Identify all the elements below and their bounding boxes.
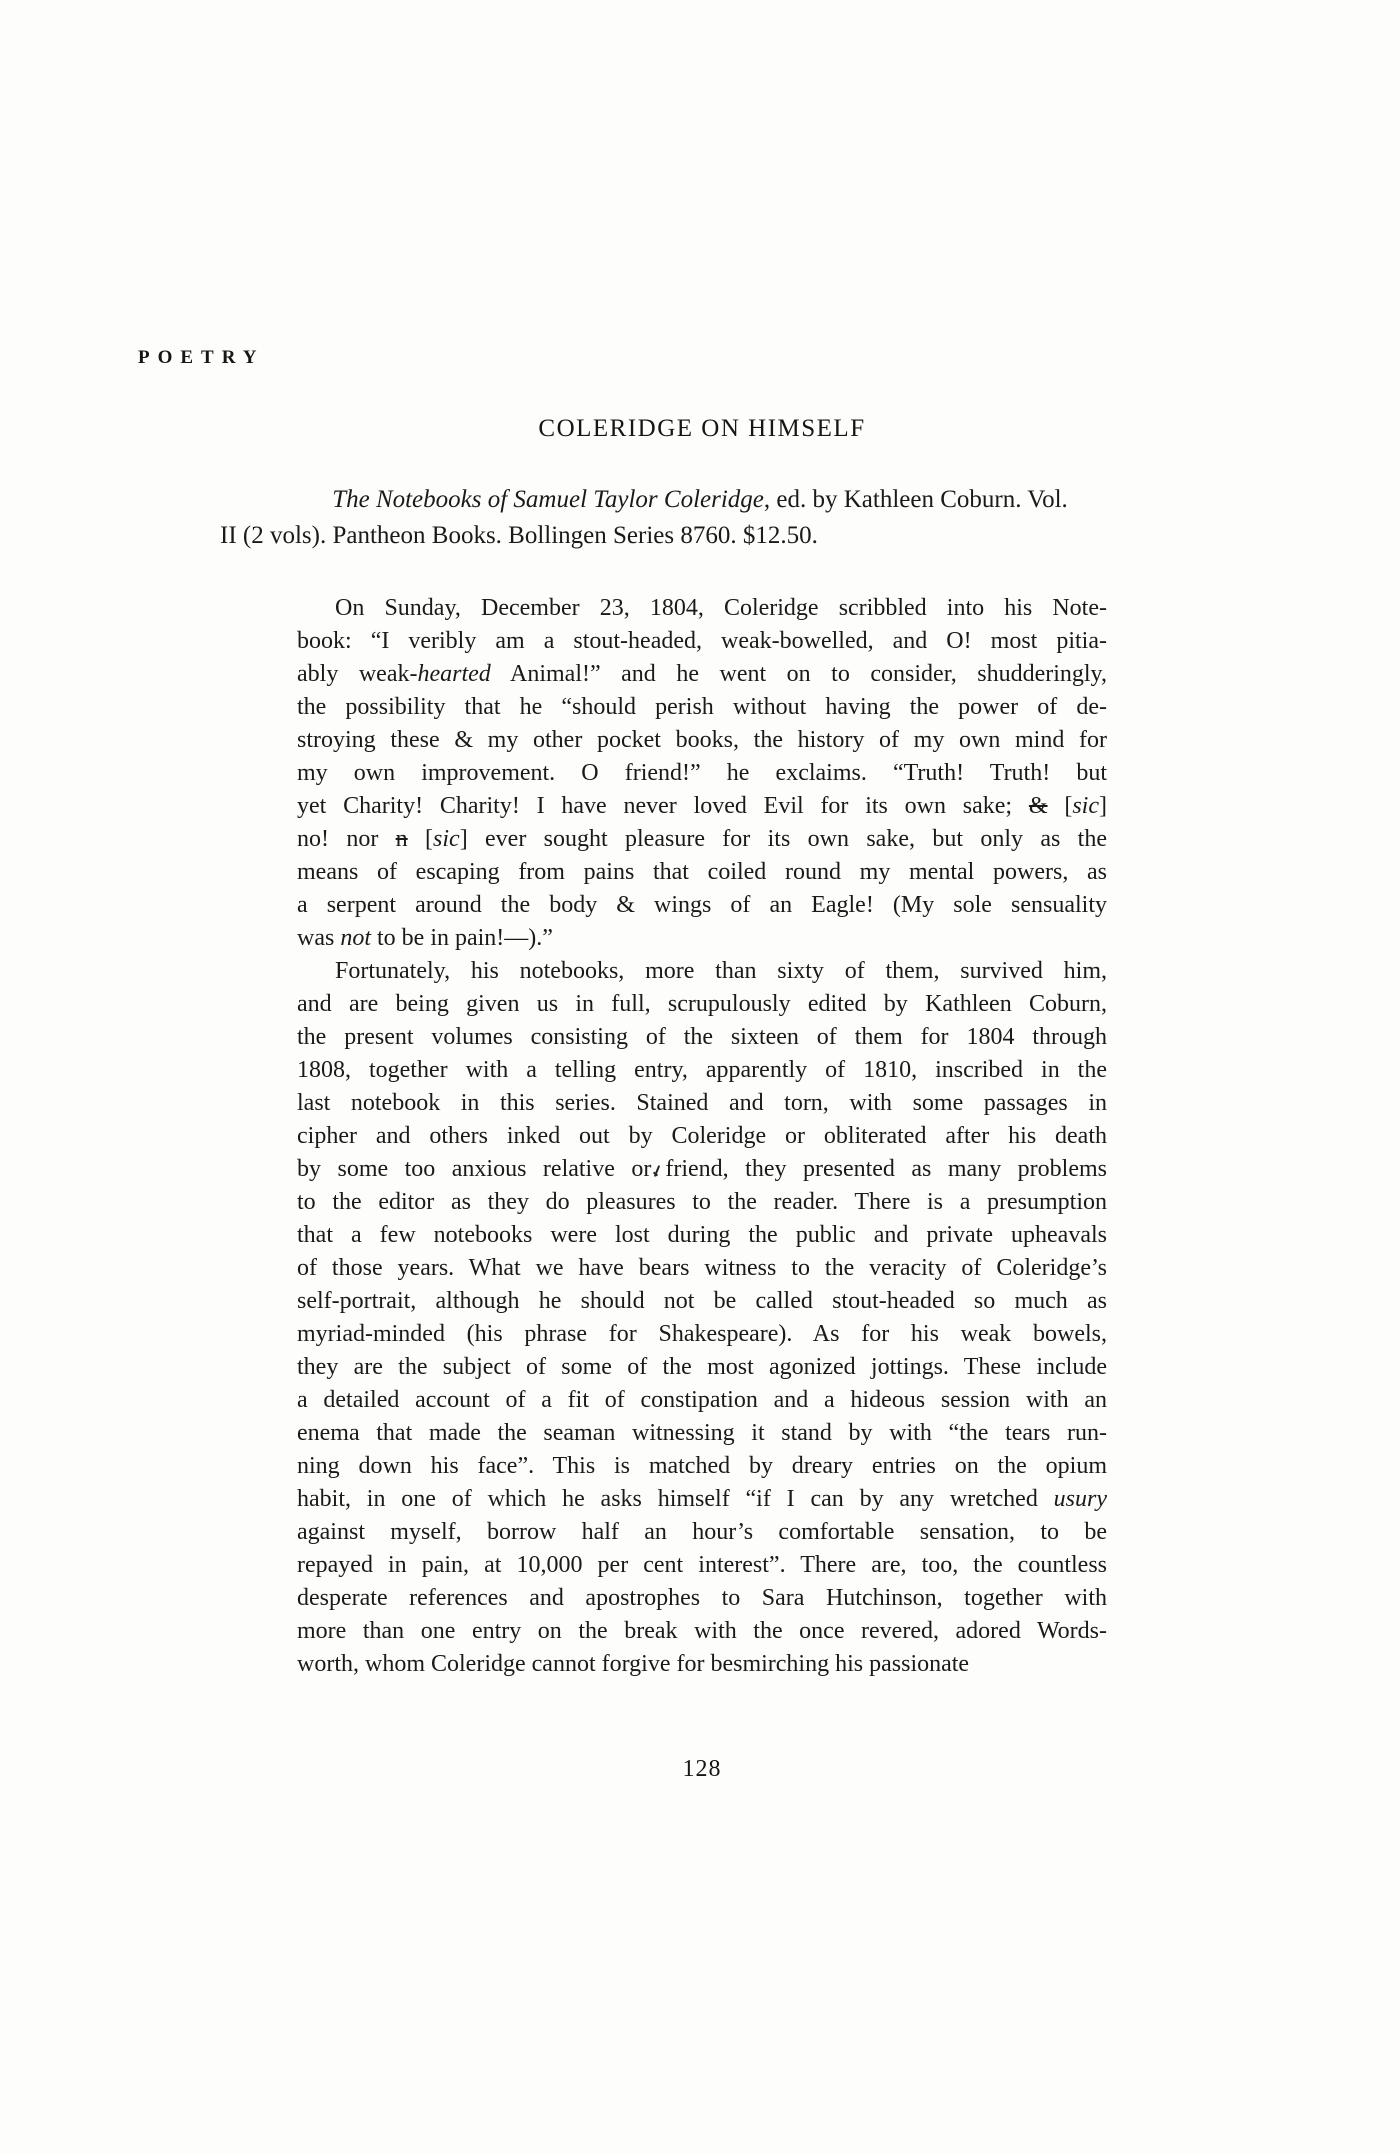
text-line: a serpent around the body & wings of an … bbox=[297, 889, 1107, 922]
text-segment: II (2 vols). Pantheon Books. Bollingen S… bbox=[220, 522, 818, 549]
text-line: 1808, together with a telling entry, app… bbox=[297, 1054, 1107, 1087]
text-line: stroying these & my other pocket books, … bbox=[297, 724, 1107, 757]
text-segment: means of escaping from pains that coiled… bbox=[297, 859, 1107, 885]
text-segment: was bbox=[297, 925, 340, 951]
citation-block: The Notebooks of Samuel Taylor Coleridge… bbox=[220, 482, 1180, 554]
text-line: of those years. What we have bears witne… bbox=[297, 1252, 1107, 1285]
text-line: Fortunately, his notebooks, more than si… bbox=[297, 955, 1107, 988]
text-line: cipher and others inked out by Coleridge… bbox=[297, 1120, 1107, 1153]
text-segment: stroying these & my other pocket books, … bbox=[297, 727, 1107, 753]
text-segment: ably weak- bbox=[297, 661, 417, 687]
text-line: the possibility that he “should perish w… bbox=[297, 691, 1107, 724]
text-segment: 1808, together with a telling entry, app… bbox=[297, 1057, 1107, 1083]
text-line: last notebook in this series. Stained an… bbox=[297, 1087, 1107, 1120]
text-segment: self-portrait, although he should not be… bbox=[297, 1288, 1107, 1314]
text-segment: to the editor as they do pleasures to th… bbox=[297, 1189, 1107, 1215]
text-line: that a few notebooks were lost during th… bbox=[297, 1219, 1107, 1252]
text-line: by some too anxious relative orfriend, t… bbox=[297, 1153, 1107, 1186]
text-line: enema that made the seaman witnessing it… bbox=[297, 1417, 1107, 1450]
text-line: means of escaping from pains that coiled… bbox=[297, 856, 1107, 889]
text-segment: sic bbox=[1072, 793, 1099, 819]
text-segment: sic bbox=[433, 826, 460, 852]
text-segment: friend, they presented as many problems bbox=[665, 1156, 1107, 1182]
article-title: COLERIDGE ON HIMSELF bbox=[297, 415, 1107, 443]
text-segment: habit, in one of which he asks himself “… bbox=[297, 1486, 1054, 1512]
text-segment: [ bbox=[408, 826, 433, 852]
text-segment: not bbox=[340, 925, 371, 951]
text-line: self-portrait, although he should not be… bbox=[297, 1285, 1107, 1318]
text-segment: yet Charity! Charity! I have never loved… bbox=[297, 793, 1029, 819]
text-line: was not to be in pain!—).” bbox=[297, 922, 1107, 955]
text-line: my own improvement. O friend!” he exclai… bbox=[297, 757, 1107, 790]
text-line: yet Charity! Charity! I have never loved… bbox=[297, 790, 1107, 823]
text-segment: Fortunately, his notebooks, more than si… bbox=[335, 958, 1107, 984]
text-segment: that a few notebooks were lost during th… bbox=[297, 1222, 1107, 1248]
text-line: repayed in pain, at 10,000 per cent inte… bbox=[297, 1549, 1107, 1582]
text-segment: book: “I veribly am a stout-headed, weak… bbox=[297, 628, 1107, 654]
text-segment: my own improvement. O friend!” he exclai… bbox=[297, 760, 1107, 786]
text-segment: and are being given us in full, scrupulo… bbox=[297, 991, 1107, 1017]
text-line: no! nor n [sic] ever sought pleasure for… bbox=[297, 823, 1107, 856]
text-segment: n bbox=[396, 826, 408, 852]
text-segment: no! nor bbox=[297, 826, 396, 852]
text-segment: against myself, borrow half an hour’s co… bbox=[297, 1519, 1107, 1545]
text-segment: a detailed account of a fit of constipat… bbox=[297, 1387, 1107, 1413]
text-segment: last notebook in this series. Stained an… bbox=[297, 1090, 1107, 1116]
text-line: ning down his face”. This is matched by … bbox=[297, 1450, 1107, 1483]
book-page: POETRY COLERIDGE ON HIMSELF The Notebook… bbox=[0, 0, 1400, 2154]
text-line: II (2 vols). Pantheon Books. Bollingen S… bbox=[220, 518, 1180, 554]
text-line: The Notebooks of Samuel Taylor Coleridge… bbox=[220, 482, 1180, 518]
text-line: desperate references and apostrophes to … bbox=[297, 1582, 1107, 1615]
text-segment: cipher and others inked out by Coleridge… bbox=[297, 1123, 1107, 1149]
text-line: ably weak-hearted Animal!” and he went o… bbox=[297, 658, 1107, 691]
text-segment: Animal!” and he went on to consider, shu… bbox=[491, 661, 1107, 687]
text-segment: The Notebooks of Samuel Taylor Coleridge bbox=[332, 486, 764, 513]
text-line: book: “I veribly am a stout-headed, weak… bbox=[297, 625, 1107, 658]
text-segment: desperate references and apostrophes to … bbox=[297, 1585, 1107, 1611]
text-segment: myriad-minded (his phrase for Shakespear… bbox=[297, 1321, 1107, 1347]
text-line: habit, in one of which he asks himself “… bbox=[297, 1483, 1107, 1516]
paragraph-1: On Sunday, December 23, 1804, Coleridge … bbox=[297, 592, 1107, 955]
text-segment: they are the subject of some of the most… bbox=[297, 1354, 1107, 1380]
text-line: a detailed account of a fit of constipat… bbox=[297, 1384, 1107, 1417]
text-segment: worth, whom Coleridge cannot forgive for… bbox=[297, 1651, 969, 1677]
text-line: On Sunday, December 23, 1804, Coleridge … bbox=[297, 592, 1107, 625]
text-segment: by some too anxious relative or bbox=[297, 1156, 651, 1182]
text-line: against myself, borrow half an hour’s co… bbox=[297, 1516, 1107, 1549]
text-segment: usury bbox=[1054, 1486, 1107, 1512]
text-segment: hearted bbox=[417, 661, 490, 687]
text-segment: the possibility that he “should perish w… bbox=[297, 694, 1107, 720]
text-line: to the editor as they do pleasures to th… bbox=[297, 1186, 1107, 1219]
text-segment: ] bbox=[1099, 793, 1107, 819]
text-segment: & bbox=[1029, 793, 1048, 819]
text-line: more than one entry on the break with th… bbox=[297, 1615, 1107, 1648]
text-segment: , ed. by Kathleen Coburn. Vol. bbox=[764, 486, 1068, 513]
text-segment: ] ever sought pleasure for its own sake,… bbox=[460, 826, 1107, 852]
text-segment: more than one entry on the break with th… bbox=[297, 1618, 1107, 1644]
text-segment: [ bbox=[1048, 793, 1073, 819]
page-number: 128 bbox=[297, 1756, 1107, 1783]
text-line: and are being given us in full, scrupulo… bbox=[297, 988, 1107, 1021]
running-head: POETRY bbox=[138, 347, 265, 369]
pen-mark-icon bbox=[651, 1164, 665, 1180]
text-segment: to be in pain!—).” bbox=[371, 925, 553, 951]
text-line: they are the subject of some of the most… bbox=[297, 1351, 1107, 1384]
body-text: On Sunday, December 23, 1804, Coleridge … bbox=[297, 592, 1107, 1681]
text-segment: On Sunday, December 23, 1804, Coleridge … bbox=[335, 595, 1107, 621]
text-segment: a serpent around the body & wings of an … bbox=[297, 892, 1107, 918]
text-line: the present volumes consisting of the si… bbox=[297, 1021, 1107, 1054]
text-segment: ning down his face”. This is matched by … bbox=[297, 1453, 1107, 1479]
text-line: worth, whom Coleridge cannot forgive for… bbox=[297, 1648, 1107, 1681]
text-line: myriad-minded (his phrase for Shakespear… bbox=[297, 1318, 1107, 1351]
text-segment: repayed in pain, at 10,000 per cent inte… bbox=[297, 1552, 1107, 1578]
paragraph-2: Fortunately, his notebooks, more than si… bbox=[297, 955, 1107, 1681]
text-segment: the present volumes consisting of the si… bbox=[297, 1024, 1107, 1050]
text-segment: of those years. What we have bears witne… bbox=[297, 1255, 1107, 1281]
text-segment: enema that made the seaman witnessing it… bbox=[297, 1420, 1107, 1446]
